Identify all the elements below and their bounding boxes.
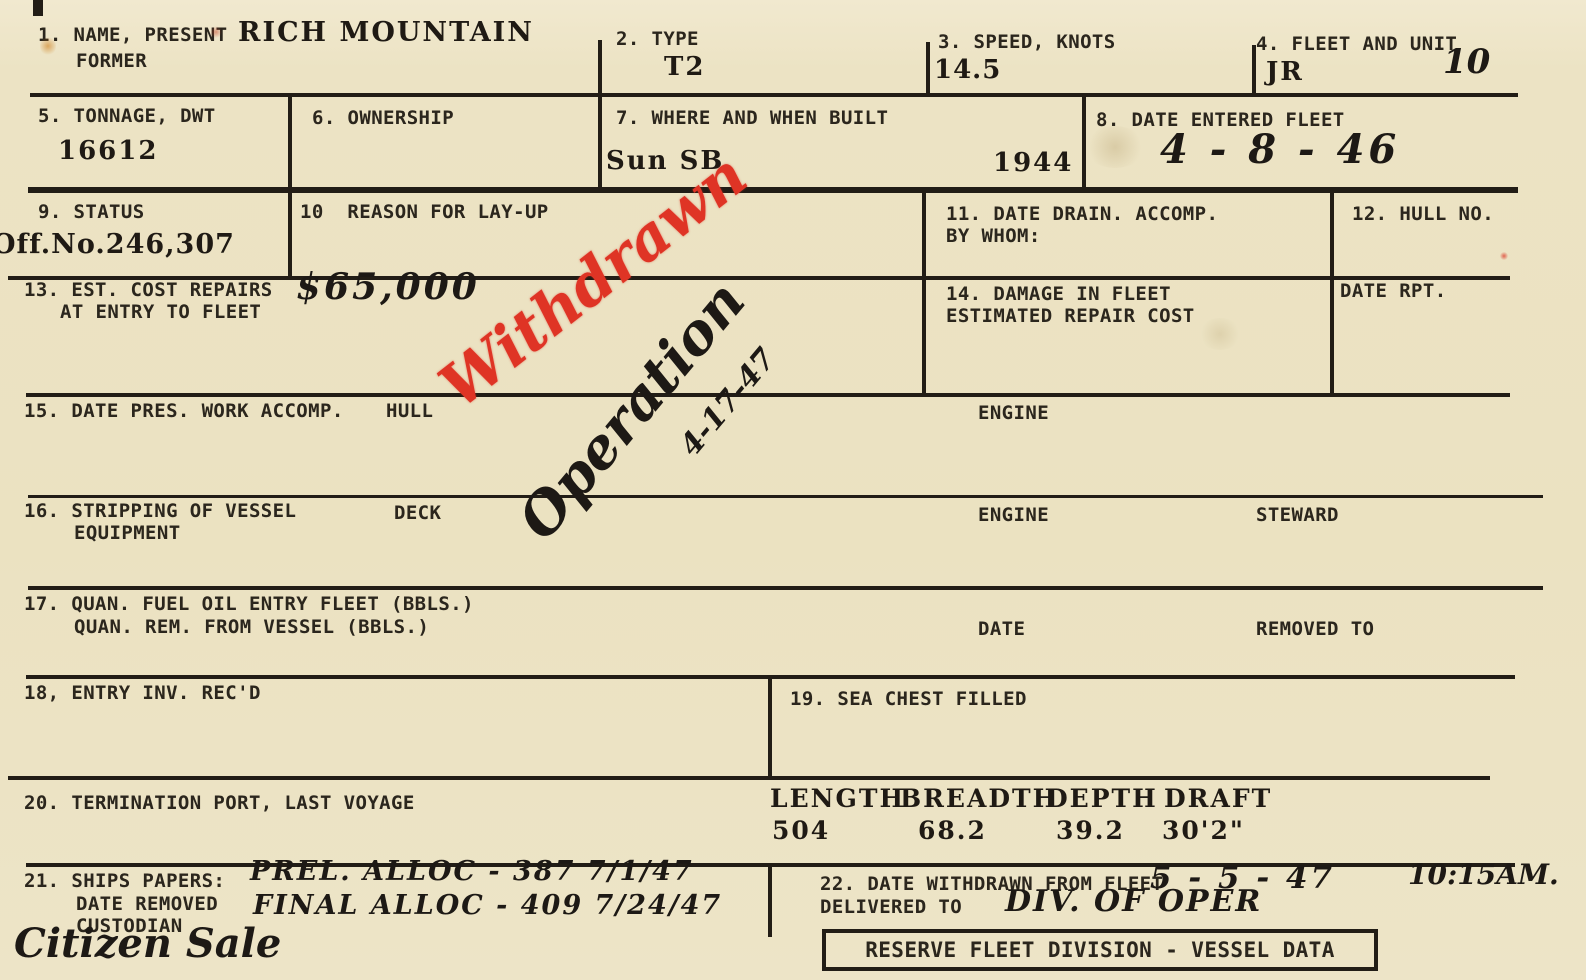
prel-alloc-handwritten: PREL. ALLOC - 387 7/1/47 bbox=[250, 856, 694, 887]
by-whom-label: BY WHOM: bbox=[946, 225, 1041, 247]
breadth-header: BREADTH bbox=[900, 784, 1058, 813]
final-alloc-handwritten: FINAL ALLOC - 409 7/24/47 bbox=[253, 890, 722, 921]
official-number-value: Off.No.246,307 bbox=[0, 229, 235, 260]
rule-horizontal-6 bbox=[28, 586, 1543, 590]
fleet-unit-handwritten: 10 bbox=[1443, 42, 1490, 82]
vessel-name-value: RICH MOUNTAIN bbox=[238, 17, 534, 48]
draft-value: 30'2" bbox=[1162, 816, 1245, 845]
withdrawn-time-handwritten: 10:15AM. bbox=[1408, 858, 1559, 891]
rule-horizontal-5 bbox=[28, 495, 1543, 498]
ownership-label: 6. OWNERSHIP bbox=[312, 107, 454, 129]
name-present-label: 1. NAME, PRESENT bbox=[38, 24, 227, 46]
rule-horizontal-1 bbox=[30, 93, 1518, 97]
removed-to-label: REMOVED TO bbox=[1256, 618, 1374, 640]
rule-vertical-12 bbox=[768, 675, 772, 778]
fleet-unit-value: JR bbox=[1266, 57, 1304, 87]
breadth-value: 68.2 bbox=[918, 816, 987, 845]
rule-vertical-8 bbox=[922, 189, 926, 278]
hull-column-label: HULL bbox=[386, 400, 433, 422]
speed-value: 14.5 bbox=[934, 55, 1001, 85]
card-title-box: RESERVE FLEET DIVISION - VESSEL DATA bbox=[822, 929, 1378, 971]
card-title: RESERVE FLEET DIVISION - VESSEL DATA bbox=[865, 938, 1335, 962]
rule-vertical-1 bbox=[598, 40, 602, 95]
entry-inv-label: 18, ENTRY INV. REC'D bbox=[24, 682, 261, 704]
date-entered-handwritten: 4 - 8 - 46 bbox=[1160, 126, 1400, 173]
est-cost-repairs-label: 13. EST. COST REPAIRS bbox=[24, 279, 273, 301]
red-dot-mark bbox=[1500, 252, 1508, 260]
when-built-value: 1944 bbox=[993, 148, 1073, 178]
smudge-stain-2 bbox=[1198, 318, 1242, 350]
depth-header: DEPTH bbox=[1046, 784, 1158, 813]
date-drain-label: 11. DATE DRAIN. ACCOMP. bbox=[946, 203, 1218, 225]
rule-vertical-13 bbox=[768, 863, 772, 937]
rule-vertical-9 bbox=[1330, 189, 1334, 278]
fleet-unit-label: 4. FLEET AND UNIT bbox=[1256, 33, 1457, 55]
smudge-stain-1 bbox=[1085, 126, 1145, 168]
rule-vertical-5 bbox=[598, 93, 602, 189]
reason-layup-label: 10 REASON FOR LAY-UP bbox=[300, 201, 549, 223]
speed-label: 3. SPEED, KNOTS bbox=[938, 31, 1116, 53]
fuel-oil-entry-label: 17. QUAN. FUEL OIL ENTRY FLEET (BBLS.) bbox=[24, 593, 474, 615]
date-removed-label: DATE REMOVED bbox=[76, 893, 218, 915]
edge-mark bbox=[33, 0, 43, 16]
rule-vertical-4 bbox=[288, 93, 292, 189]
rule-horizontal-4 bbox=[26, 393, 1510, 397]
date-pres-work-label: 15. DATE PRES. WORK ACCOMP. bbox=[24, 400, 344, 422]
delivered-to-handwritten: DIV. OF OPER bbox=[1005, 884, 1262, 919]
sea-chest-label: 19. SEA CHEST FILLED bbox=[790, 688, 1027, 710]
equipment-label: EQUIPMENT bbox=[74, 522, 181, 544]
rule-vertical-2 bbox=[926, 42, 930, 95]
type-label: 2. TYPE bbox=[616, 28, 699, 50]
rule-horizontal-8 bbox=[8, 776, 1490, 780]
hull-no-label: 12. HULL NO. bbox=[1352, 203, 1494, 225]
steward-column-label: STEWARD bbox=[1256, 504, 1339, 526]
fuel-oil-removed-label: QUAN. REM. FROM VESSEL (BBLS.) bbox=[74, 616, 429, 638]
rule-horizontal-2 bbox=[28, 187, 1518, 193]
stripping-label: 16. STRIPPING OF VESSEL bbox=[24, 500, 296, 522]
name-former-label: FORMER bbox=[76, 50, 147, 72]
depth-value: 39.2 bbox=[1056, 816, 1125, 845]
estimated-repair-cost-label: ESTIMATED REPAIR COST bbox=[946, 305, 1195, 327]
fuel-date-label: DATE bbox=[978, 618, 1025, 640]
damage-in-fleet-label: 14. DAMAGE IN FLEET bbox=[946, 283, 1171, 305]
delivered-to-label: DELIVERED TO bbox=[820, 896, 962, 918]
engine-column-label-16: ENGINE bbox=[978, 504, 1049, 526]
rule-vertical-6 bbox=[1082, 93, 1086, 189]
deck-column-label: DECK bbox=[394, 502, 441, 524]
termination-port-label: 20. TERMINATION PORT, LAST VOYAGE bbox=[24, 792, 415, 814]
length-value: 504 bbox=[772, 816, 830, 845]
status-label: 9. STATUS bbox=[38, 201, 145, 223]
date-rpt-label: DATE RPT. bbox=[1340, 280, 1447, 302]
vessel-data-card: 1. NAME, PRESENT FORMER 2. TYPE 3. SPEED… bbox=[0, 0, 1586, 980]
engine-column-label-15: ENGINE bbox=[978, 402, 1049, 424]
tonnage-label: 5. TONNAGE, DWT bbox=[38, 105, 216, 127]
ships-papers-label: 21. SHIPS PAPERS: bbox=[24, 870, 225, 892]
rule-vertical-7 bbox=[288, 189, 292, 278]
tonnage-value: 16612 bbox=[58, 136, 158, 166]
repair-cost-handwritten: $65,000 bbox=[296, 266, 480, 308]
draft-header: DRAFT bbox=[1164, 784, 1272, 813]
length-header: LENGTH bbox=[770, 784, 905, 813]
rule-vertical-10 bbox=[922, 276, 926, 395]
custodian-note-handwritten: Citizen Sale bbox=[14, 920, 281, 967]
type-value: T2 bbox=[664, 52, 705, 82]
where-when-built-label: 7. WHERE AND WHEN BUILT bbox=[616, 107, 888, 129]
rule-vertical-11 bbox=[1330, 276, 1334, 395]
at-entry-fleet-label: AT ENTRY TO FLEET bbox=[60, 301, 261, 323]
